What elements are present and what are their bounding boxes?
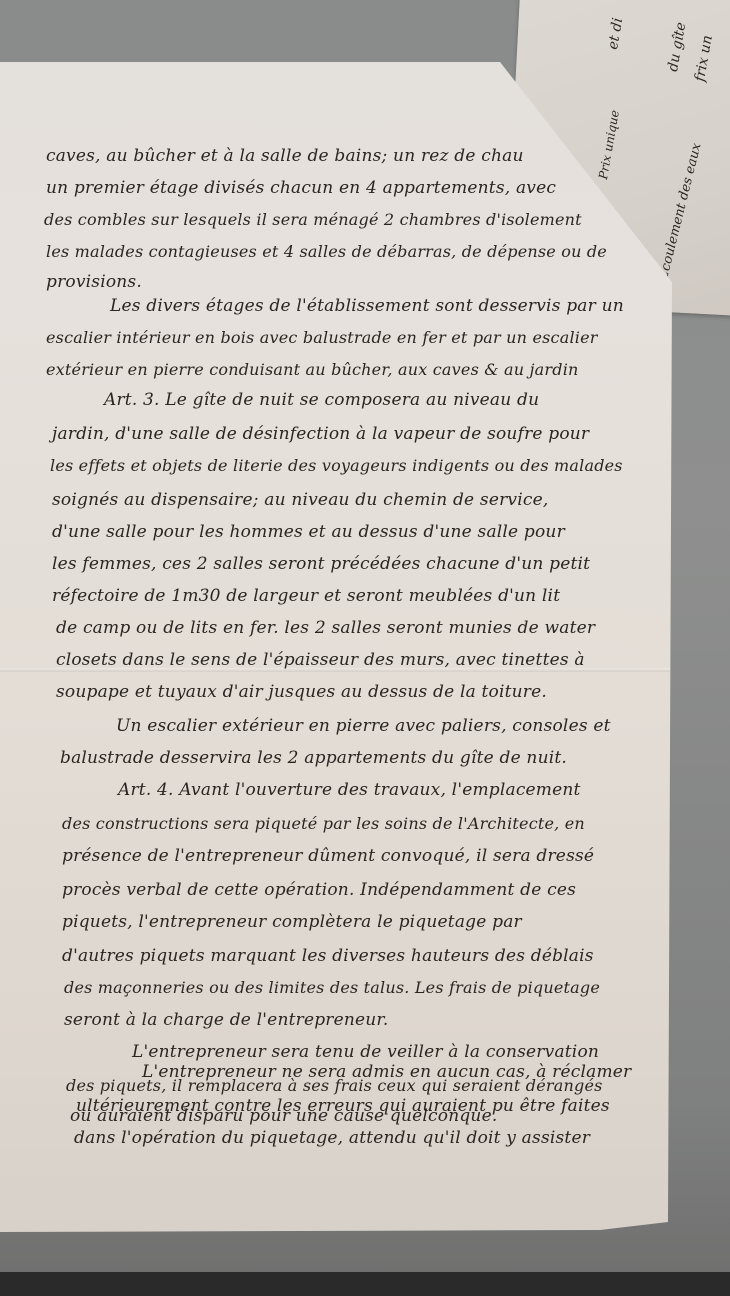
text-line: de camp ou de lits en fer. les 2 salles … (56, 618, 595, 638)
text-line: les malades contagieuses et 4 salles de … (46, 242, 607, 261)
text-line: procès verbal de cette opération. Indépe… (62, 880, 576, 900)
text-line: soupape et tuyaux d'air jusques au dessu… (56, 682, 547, 702)
text-line: L'entrepreneur ne sera admis en aucun ca… (142, 1062, 631, 1082)
text-line: Un escalier extérieur en pierre avec pal… (116, 716, 611, 736)
text-line: Art. 4. Avant l'ouverture des travaux, l… (118, 780, 581, 800)
text-line: seront à la charge de l'entrepreneur. (64, 1010, 389, 1030)
text-line: L'entrepreneur sera tenu de veiller à la… (132, 1042, 599, 1062)
text-line: Les divers étages de l'établissement son… (110, 296, 624, 316)
text-line: Art. 3. Le gîte de nuit se composera au … (104, 390, 539, 410)
text-line: les femmes, ces 2 salles seront précédée… (52, 554, 590, 574)
text-line: soignés au dispensaire; au niveau du che… (52, 490, 548, 510)
text-line: réfectoire de 1m30 de largeur et seront … (52, 586, 560, 606)
manuscript-page: caves, au bûcher et à la salle de bains;… (0, 62, 672, 1232)
text-line: balustrade desservira les 2 appartements… (60, 748, 567, 768)
text-line: les effets et objets de literie des voya… (50, 456, 623, 475)
text-line: caves, au bûcher et à la salle de bains;… (46, 146, 524, 166)
text-line: jardin, d'une salle de désinfection à la… (52, 424, 589, 444)
text-line: d'une salle pour les hommes et au dessus… (52, 522, 565, 542)
text-line: piquets, l'entrepreneur complètera le pi… (62, 912, 522, 932)
text-line: escalier intérieur en bois avec balustra… (46, 328, 598, 347)
desk-edge (0, 1272, 730, 1296)
text-line: des maçonneries ou des limites des talus… (64, 978, 600, 997)
text-line: dans l'opération du piquetage, attendu q… (74, 1128, 590, 1148)
text-line: un premier étage divisés chacun en 4 app… (46, 178, 556, 198)
text-line: des combles sur lesquels il sera ménagé … (44, 210, 582, 229)
text-line: présence de l'entrepreneur dûment convoq… (62, 846, 594, 866)
text-line: des constructions sera piqueté par les s… (62, 814, 585, 833)
text-line: d'autres piquets marquant les diverses h… (62, 946, 594, 966)
text-line: closets dans le sens de l'épaisseur des … (56, 650, 585, 670)
text-line: extérieur en pierre conduisant au bûcher… (46, 360, 579, 379)
text-line: ultérieurement contre les erreurs qui au… (76, 1096, 610, 1116)
text-line: provisions. (46, 272, 142, 292)
